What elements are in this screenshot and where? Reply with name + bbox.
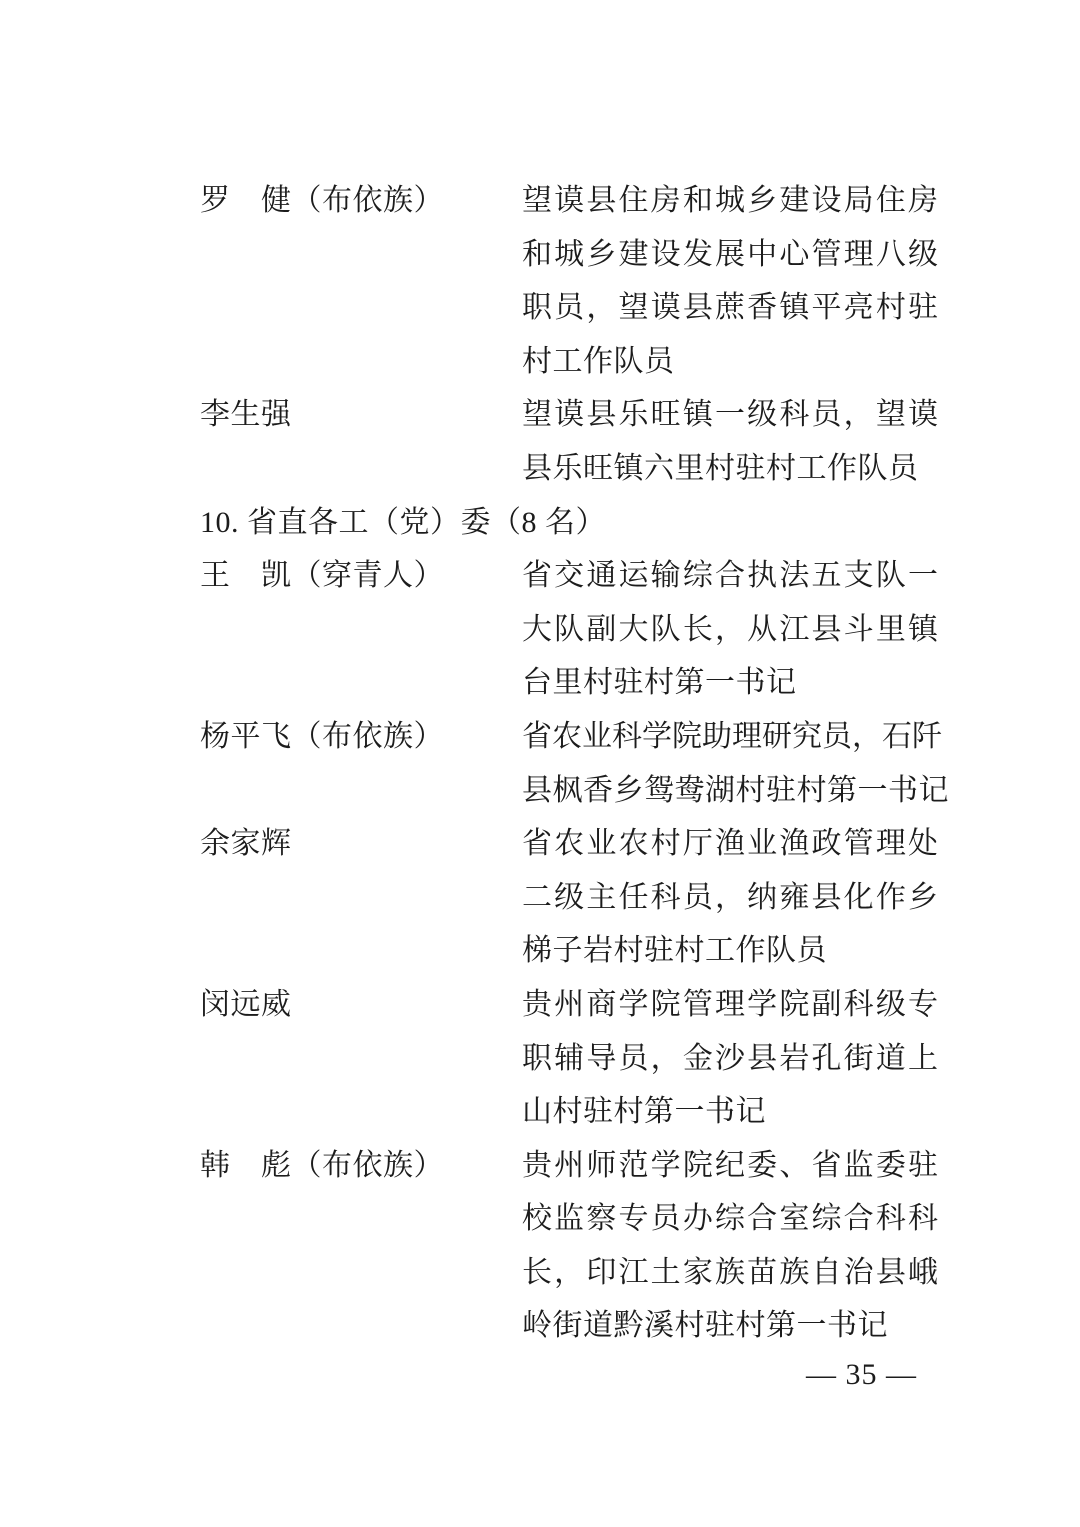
section-heading: 10. 省直各工（党）委（8 名） <box>200 496 940 550</box>
desc-line: 二级主任科员，纳雍县化作乡 <box>522 871 938 925</box>
desc-line: 贵州商学院管理学院副科级专 <box>522 978 938 1032</box>
desc-line: 省农业农村厅渔业渔政管理处 <box>522 817 938 871</box>
person-name: 罗 健（布依族） <box>200 174 444 228</box>
desc-line: 长，印江土家族苗族自治县峨 <box>522 1246 938 1300</box>
person-position-description: 望谟县住房和城乡建设局住房和城乡建设发展中心管理八级职员，望谟县蔗香镇平亮村驻村… <box>522 174 938 388</box>
person-position-description: 贵州师范学院纪委、省监委驻校监察专员办综合室综合科科长，印江土家族苗族自治县峨岭… <box>522 1139 938 1353</box>
person-position-description: 省农业农村厅渔业渔政管理处二级主任科员，纳雍县化作乡梯子岩村驻村工作队员 <box>522 817 938 978</box>
desc-line: 校监察专员办综合室综合科科 <box>522 1192 938 1246</box>
desc-line: 和城乡建设发展中心管理八级 <box>522 228 938 282</box>
person-name: 李生强 <box>200 388 292 442</box>
desc-line: 贵州师范学院纪委、省监委驻 <box>522 1139 938 1193</box>
desc-line: 职员，望谟县蔗香镇平亮村驻 <box>522 281 938 335</box>
roster-entry: 王 凯（穿青人）省交通运输综合执法五支队一大队副大队长，从江县斗里镇台里村驻村第… <box>200 549 940 710</box>
roster-list: 罗 健（布依族）望谟县住房和城乡建设局住房和城乡建设发展中心管理八级职员，望谟县… <box>200 174 940 1353</box>
roster-entry: 李生强望谟县乐旺镇一级科员，望谟县乐旺镇六里村驻村工作队员 <box>200 388 940 495</box>
desc-line: 村工作队员 <box>522 335 938 389</box>
desc-line: 职辅导员，金沙县岩孔街道上 <box>522 1032 938 1086</box>
person-name: 余家辉 <box>200 817 292 871</box>
person-name: 王 凯（穿青人） <box>200 549 444 603</box>
desc-line: 省农业科学院助理研究员，石阡 <box>522 710 938 764</box>
page-number: — 35 — <box>0 1348 917 1402</box>
roster-entry: 罗 健（布依族）望谟县住房和城乡建设局住房和城乡建设发展中心管理八级职员，望谟县… <box>200 174 940 388</box>
roster-entry: 杨平飞（布依族）省农业科学院助理研究员，石阡县枫香乡鸳鸯湖村驻村第一书记 <box>200 710 940 817</box>
roster-entry: 韩 彪（布依族）贵州师范学院纪委、省监委驻校监察专员办综合室综合科科长，印江土家… <box>200 1139 940 1353</box>
roster-entry: 闵远威贵州商学院管理学院副科级专职辅导员，金沙县岩孔街道上山村驻村第一书记 <box>200 978 940 1139</box>
desc-line: 岭街道黔溪村驻村第一书记 <box>522 1299 938 1353</box>
desc-line: 梯子岩村驻村工作队员 <box>522 924 938 978</box>
person-position-description: 贵州商学院管理学院副科级专职辅导员，金沙县岩孔街道上山村驻村第一书记 <box>522 978 938 1139</box>
desc-line: 望谟县住房和城乡建设局住房 <box>522 174 938 228</box>
person-name: 闵远威 <box>200 978 292 1032</box>
desc-line: 省交通运输综合执法五支队一 <box>522 549 938 603</box>
desc-line: 县枫香乡鸳鸯湖村驻村第一书记 <box>522 764 938 818</box>
desc-line: 台里村驻村第一书记 <box>522 656 938 710</box>
person-name: 杨平飞（布依族） <box>200 710 444 764</box>
desc-line: 望谟县乐旺镇一级科员，望谟 <box>522 388 938 442</box>
desc-line: 县乐旺镇六里村驻村工作队员 <box>522 442 938 496</box>
roster-entry: 余家辉省农业农村厅渔业渔政管理处二级主任科员，纳雍县化作乡梯子岩村驻村工作队员 <box>200 817 940 978</box>
person-position-description: 省农业科学院助理研究员，石阡县枫香乡鸳鸯湖村驻村第一书记 <box>522 710 938 817</box>
document-page: 罗 健（布依族）望谟县住房和城乡建设局住房和城乡建设发展中心管理八级职员，望谟县… <box>0 0 1080 1527</box>
desc-line: 大队副大队长，从江县斗里镇 <box>522 603 938 657</box>
desc-line: 山村驻村第一书记 <box>522 1085 938 1139</box>
person-position-description: 望谟县乐旺镇一级科员，望谟县乐旺镇六里村驻村工作队员 <box>522 388 938 495</box>
person-position-description: 省交通运输综合执法五支队一大队副大队长，从江县斗里镇台里村驻村第一书记 <box>522 549 938 710</box>
person-name: 韩 彪（布依族） <box>200 1139 444 1193</box>
